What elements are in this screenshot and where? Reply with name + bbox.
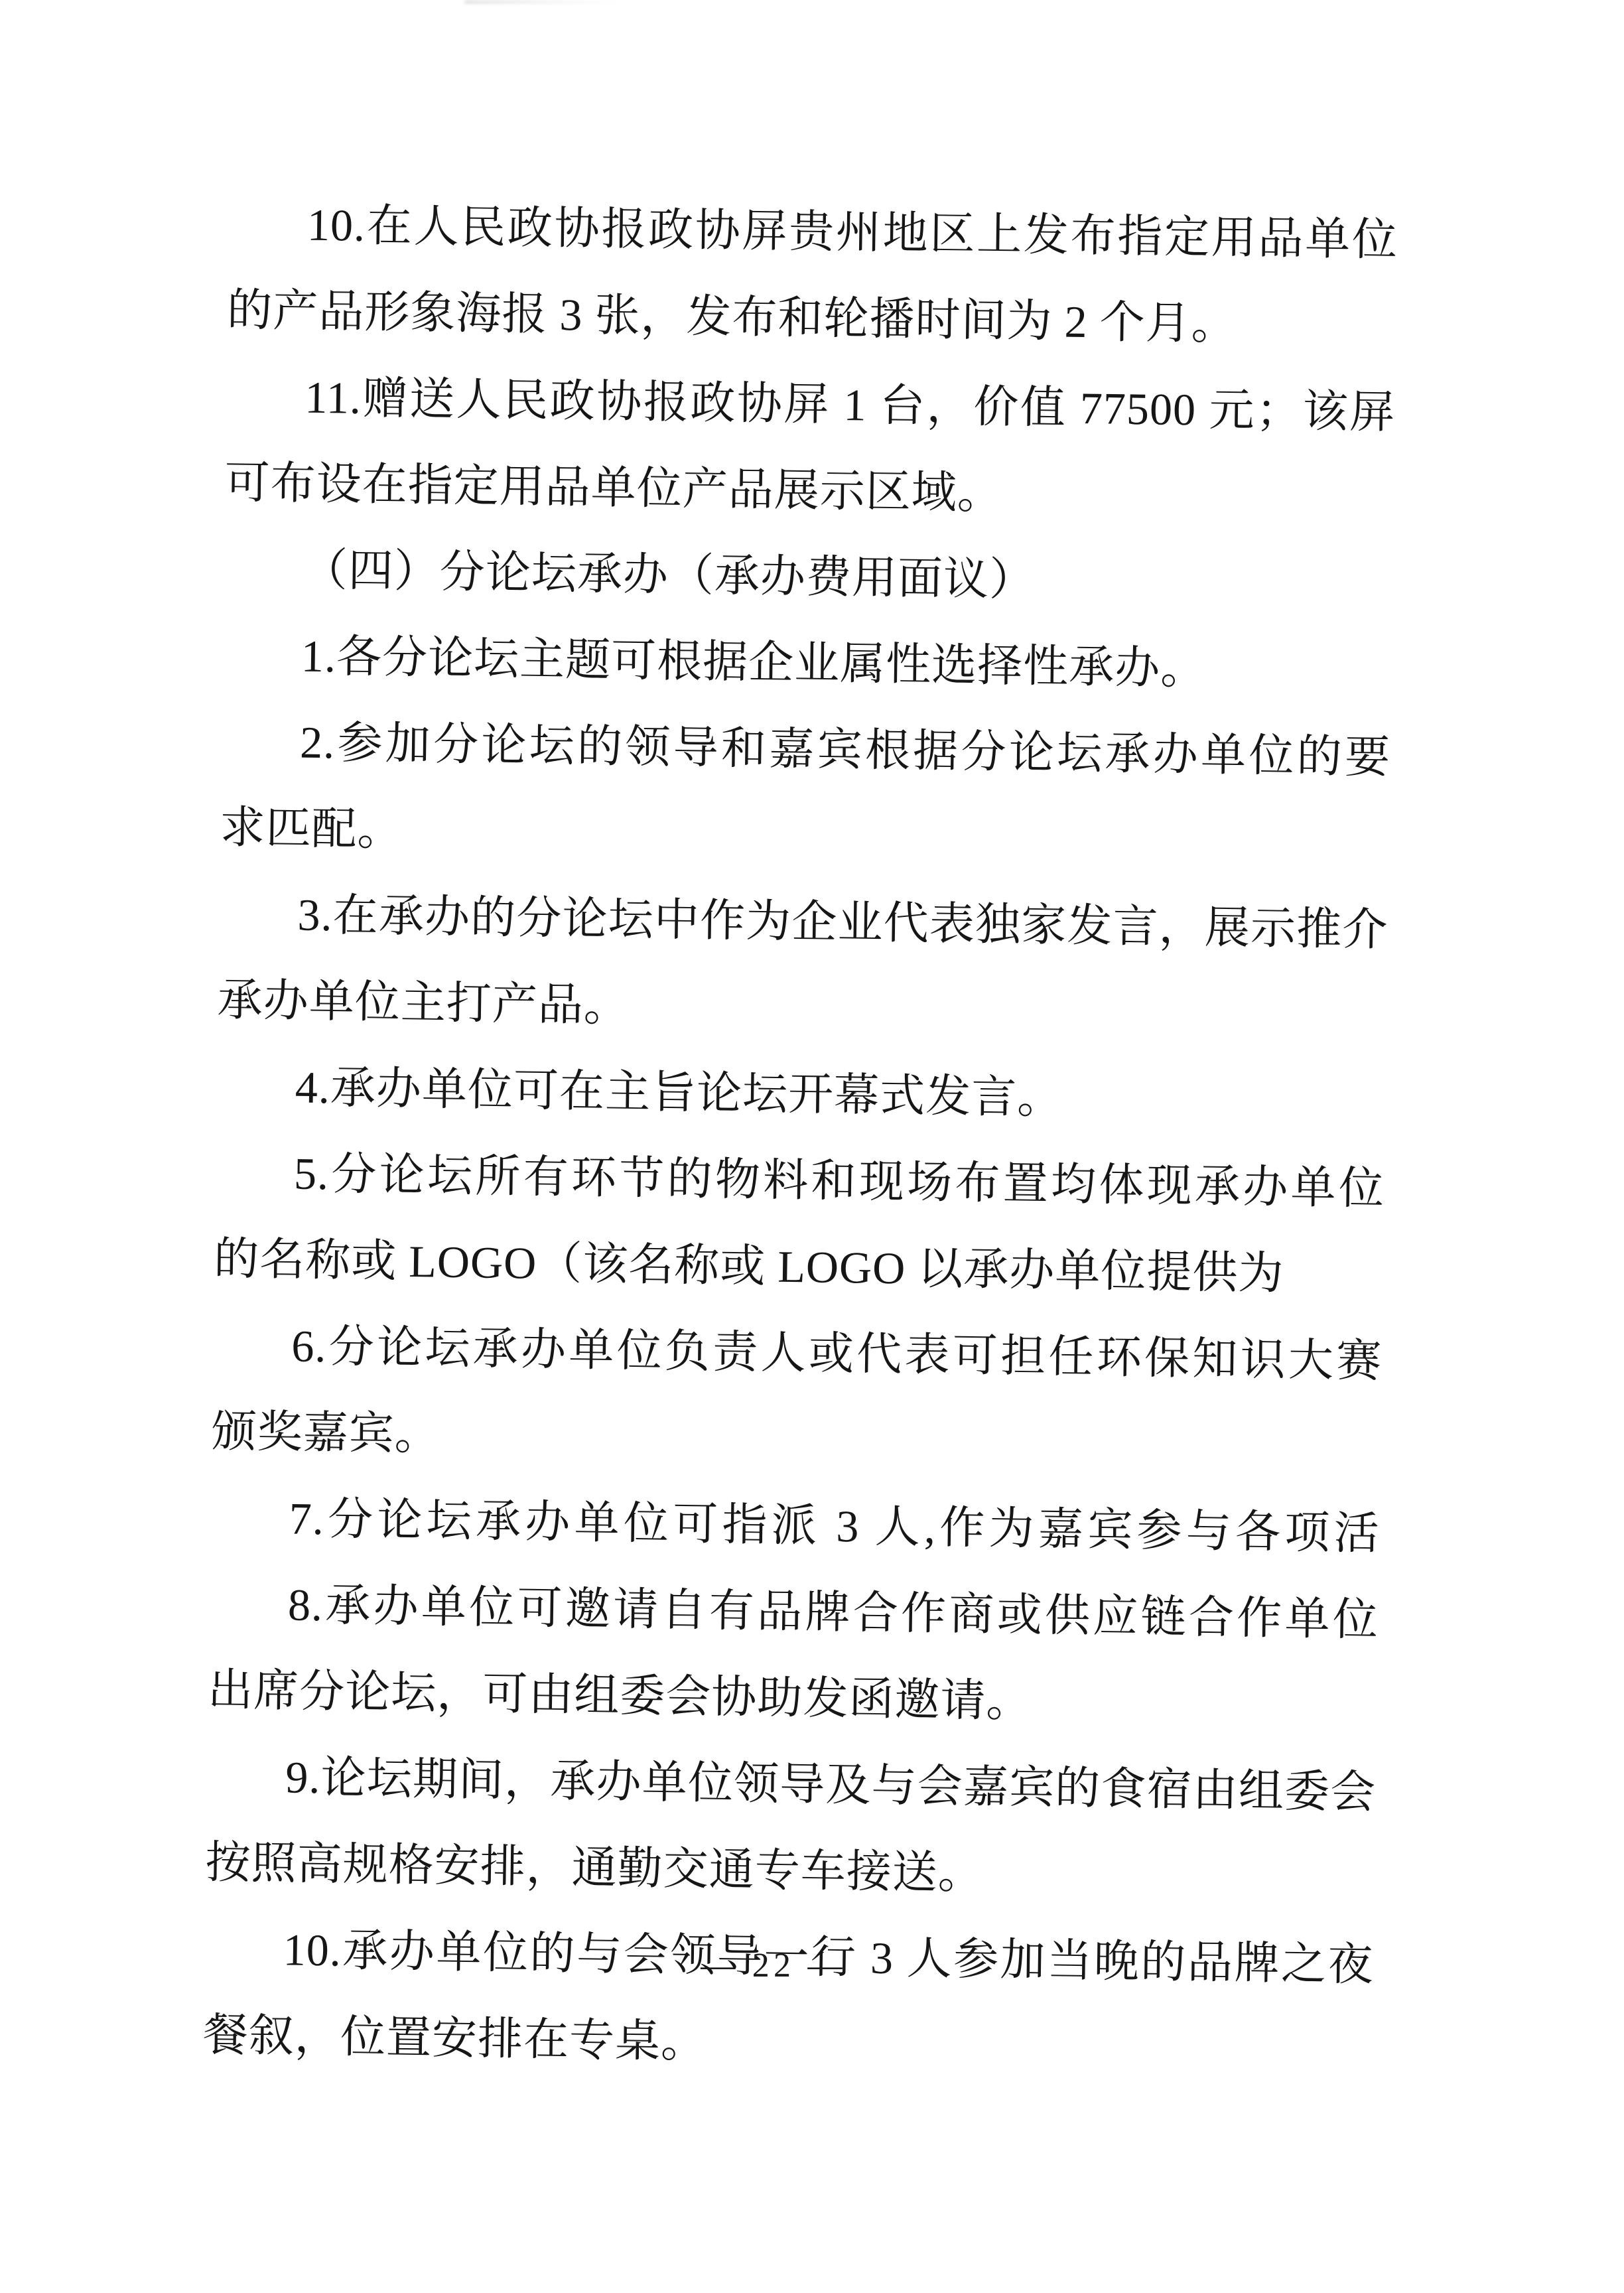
text-line: 餐叙，位置安排在专桌。: [202, 1992, 1373, 2095]
text-line: 的名称或 LOGO（该名称或 LOGO 以承办单位提供为准）。: [213, 1216, 1384, 1318]
text-line: （四）分论坛承办（承办费用面议）: [223, 525, 1394, 628]
text-line: 2.参加分论坛的领导和嘉宾根据分论坛承办单位的要: [220, 698, 1391, 801]
document-page: 10.在人民政协报政协屏贵州地区上发布指定用品单位的产品形象海报 3 张，发布和…: [0, 0, 1624, 2293]
text-line: 9.论坛期间，承办单位领导及与会嘉宾的食宿由组委会: [206, 1733, 1377, 1836]
text-line: 4.承办单位可在主旨论坛开幕式发言。: [216, 1043, 1387, 1146]
text-line: 6.分论坛承办单位负责人或代表可担任环保知识大赛: [212, 1302, 1383, 1405]
text-line: 出席分论坛，可由组委会协助发函邀请。: [207, 1647, 1378, 1750]
text-line: 1.各分论坛主题可根据企业属性选择性承办。: [222, 612, 1392, 715]
page-footer: — 22 —: [0, 1946, 1586, 1985]
text-line: 承办单位主打产品。: [217, 957, 1388, 1060]
text-line: 3.在承办的分论坛中作为企业代表独家发言，展示推介: [218, 870, 1389, 973]
text-line: 求匹配。: [219, 784, 1390, 887]
text-line: 可布设在指定用品单位产品展示区域。: [224, 439, 1395, 542]
text-line: 的产品形象海报 3 张，发布和轮播时间为 2 个月。: [226, 267, 1397, 370]
text-line: 10.在人民政协报政协屏贵州地区上发布指定用品单位: [228, 180, 1398, 283]
text-line: 颁奖嘉宾。: [211, 1388, 1382, 1491]
text-line: 7.分论坛承办单位可指派 3 人,作为嘉宾参与各项活动。: [210, 1474, 1381, 1577]
text-line: 11.赠送人民政协报政协屏 1 台，价值 77500 元；该屏: [226, 353, 1396, 456]
text-line: 按照高规格安排，通勤交通专车接送。: [205, 1819, 1376, 1922]
page-number: — 22 —: [701, 1947, 846, 1984]
scan-artifact: [464, 0, 624, 4]
text-line: 8.承办单位可邀请自有品牌合作商或供应链合作单位: [208, 1561, 1379, 1663]
document-body: 10.在人民政协报政协屏贵州地区上发布指定用品单位的产品形象海报 3 张，发布和…: [200, 180, 1398, 2227]
text-line: 5.分论坛所有环节的物料和现场布置均体现承办单位: [214, 1129, 1385, 1232]
